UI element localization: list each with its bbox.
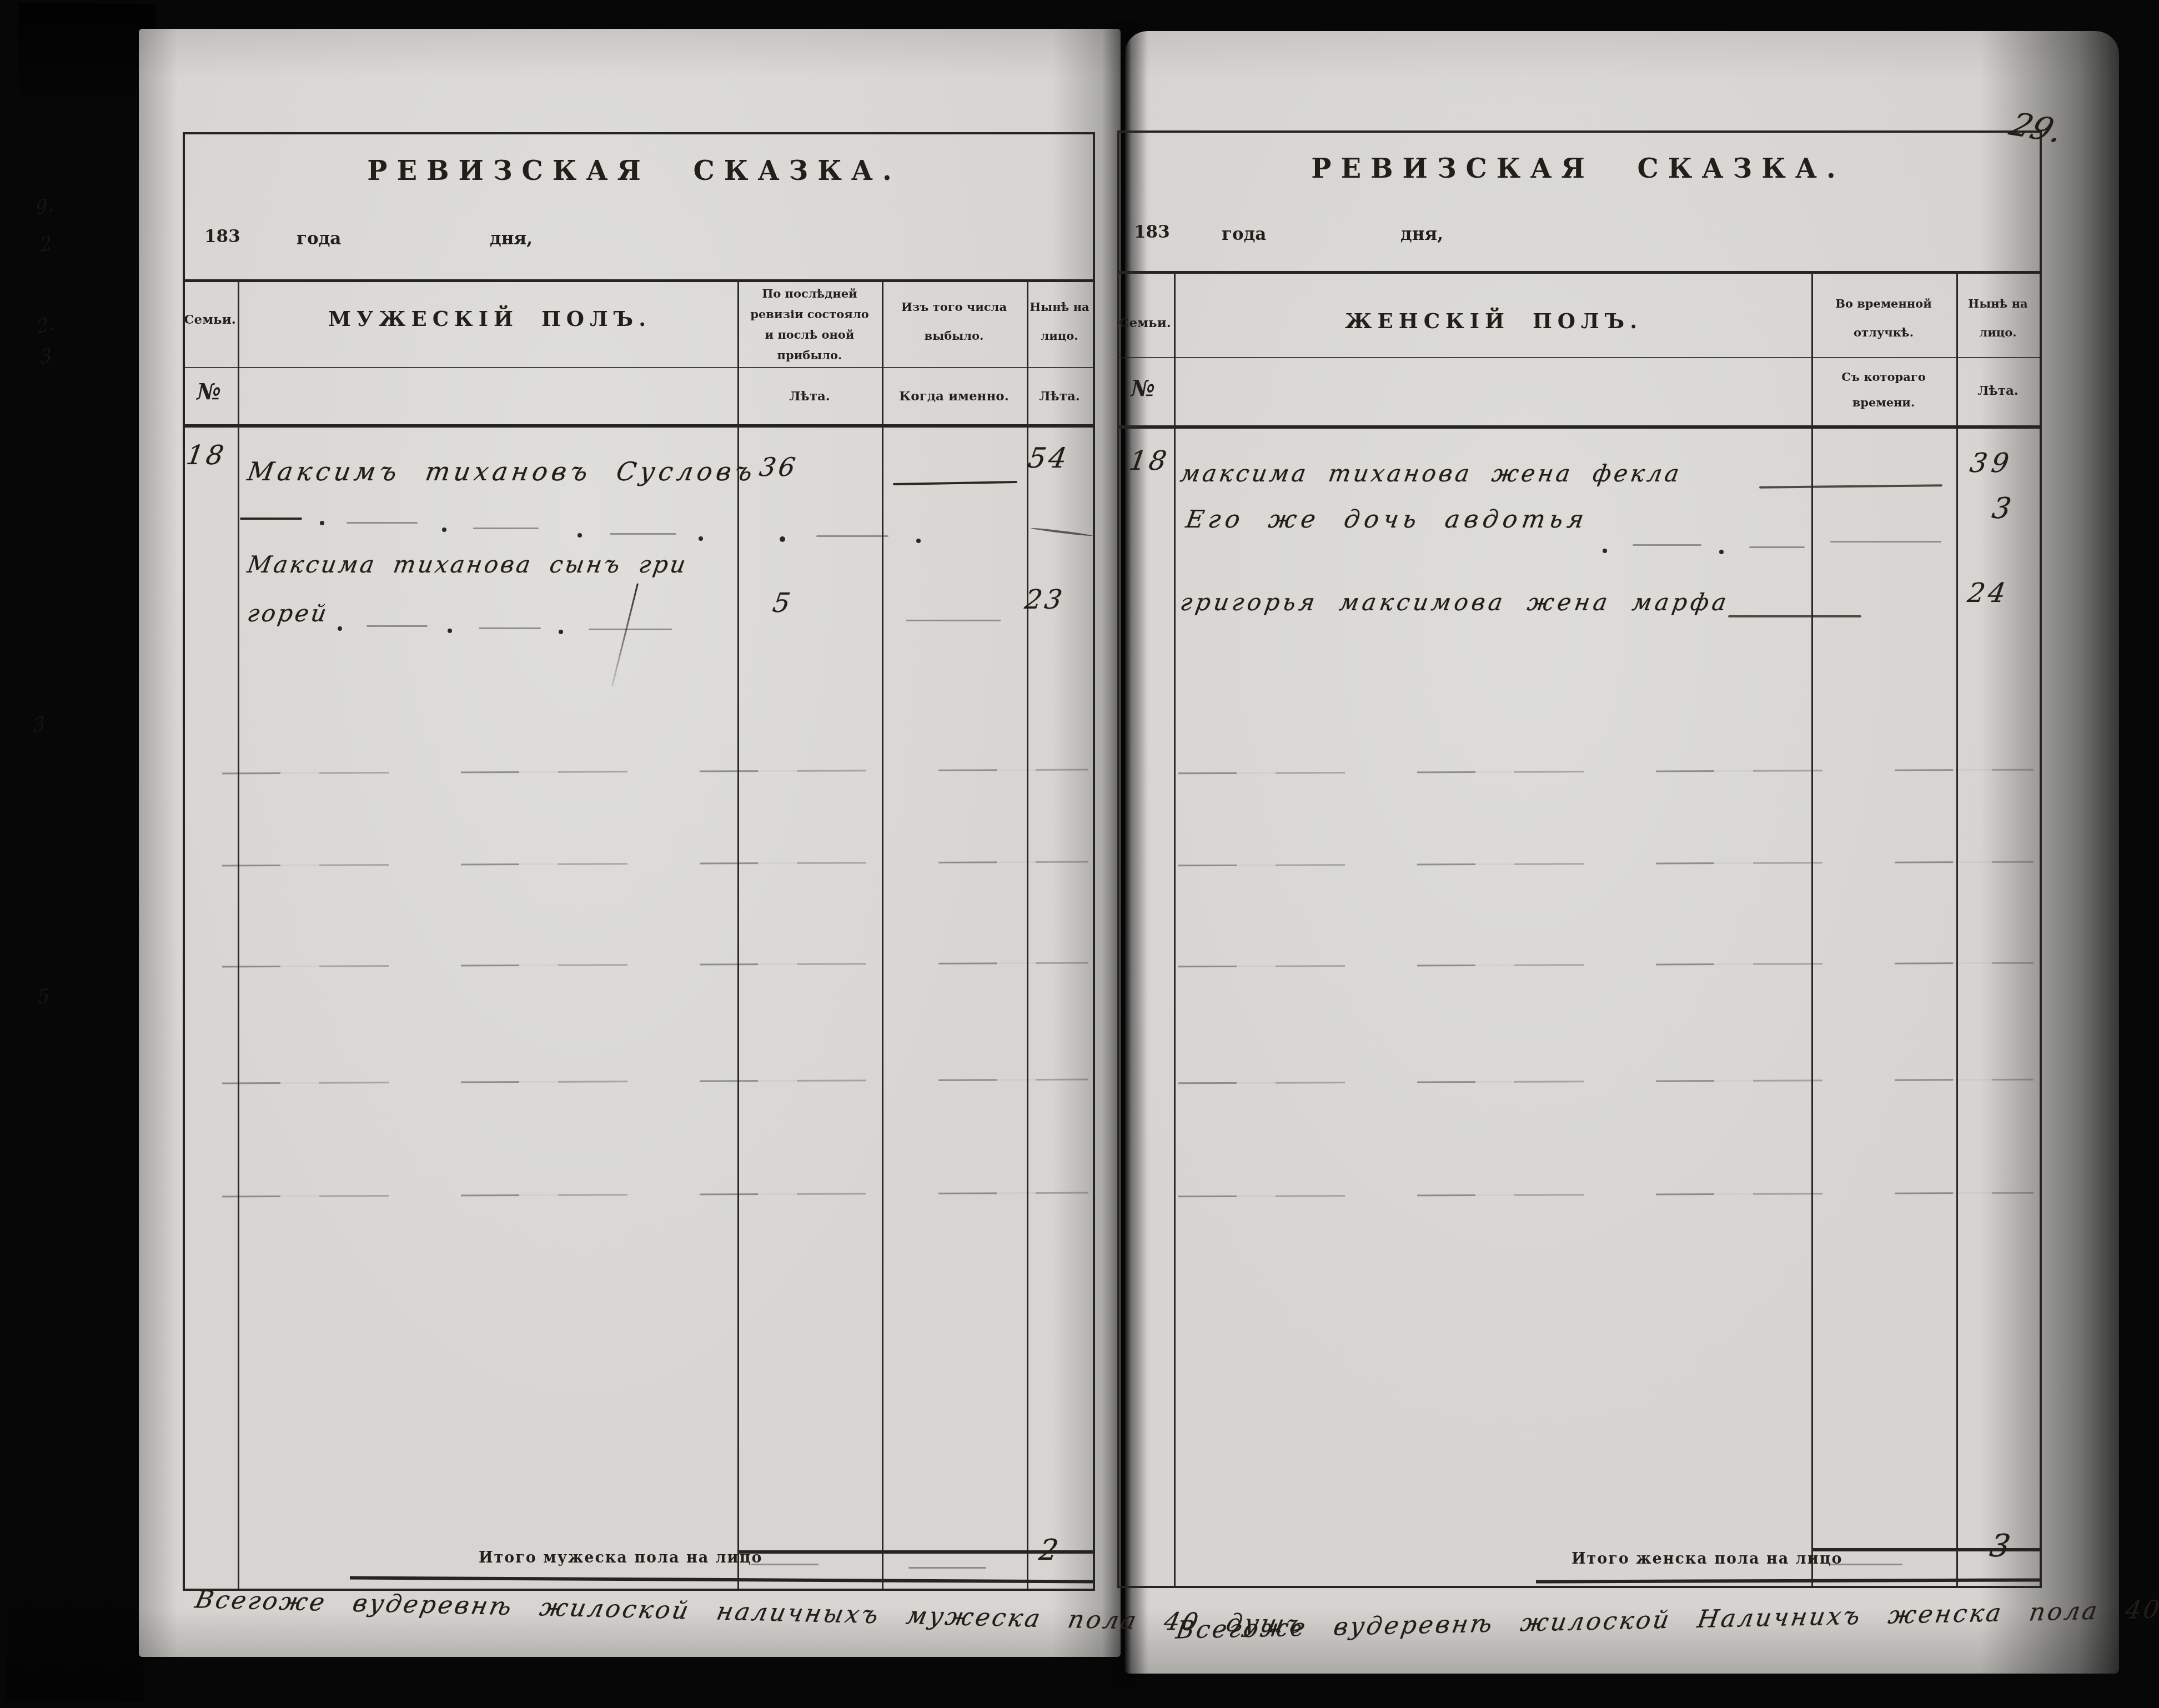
right-col-absence-l1: Во временной [1835,297,1932,310]
right-table-frame [1117,130,2042,1588]
right-day-word: дня, [1400,224,1443,244]
right-col-present-l2: лицо. [1979,325,2016,339]
book-scan: 9. 2 2. 3 3 5 29. РЕВИЗСКАЯ СКАЗКА. 183 … [0,0,2159,1708]
hand-dash [908,1567,986,1569]
ditto-dash [589,629,672,630]
right-row1-name: максима тиханова жена фекла [1178,460,1684,487]
ditto-dash [1749,546,1805,548]
left-col-revision-l1: По послѣдней [762,287,857,300]
ditto-dash [366,625,428,627]
left-subcol-when: Когда именно. [899,389,1008,404]
edge-mark: 2 [39,232,53,257]
left-subcol-years-b: Лѣта. [1039,389,1080,404]
ditto-dot [699,536,703,541]
right-col-divider-2 [1811,271,1813,1587]
left-col-departed-l2: выбыло. [925,329,984,343]
right-row3-name: григорья максимова жена марфа [1178,589,1731,616]
right-col-present-l1: Нынѣ на [1968,297,2027,310]
right-subcol-since-l2: времени. [1852,395,1915,409]
left-row2-name-line1: Максима тиханова сынъ гри [245,551,690,578]
right-col-female-sex: ЖЕНСКІЙ ПОЛЪ. [1345,309,1643,333]
left-family-number: 18 [184,440,229,471]
right-page-title: РЕВИЗСКАЯ СКАЗКА. [1311,153,1845,184]
edge-mark: 2. [36,312,55,339]
ditto-dot [338,626,342,631]
ditto-dash [610,533,676,535]
left-row1-name: Максимъ тихановъ Сусловъ [245,456,759,486]
left-col-divider-3 [882,279,883,1590]
left-day-word: дня, [490,229,533,249]
left-col-present-l2: лицо. [1041,329,1078,343]
left-row1-revision-age: 36 [757,452,800,482]
left-col-family: Семьи. [184,312,236,327]
right-col-family: Семьи. [1119,315,1171,330]
left-row2-name-line2: горей [245,600,330,627]
left-header-bottom-rule [183,424,1095,428]
left-col-revision-l3: и послѣ оной [765,328,855,341]
hand-dash [751,1564,819,1565]
left-col-divider-4 [1027,279,1028,1590]
left-year-word: года [297,229,341,249]
edge-mark: 5 [37,984,51,1009]
ditto-dot [1719,550,1724,554]
left-row1-present-age: 54 [1026,442,1072,474]
ditto-dot [320,521,324,525]
right-title-separator [1117,271,2040,274]
left-title-separator [183,279,1095,282]
edge-mark: 3 [39,344,53,369]
right-row1-age: 39 [1968,448,2016,479]
ditto-dash [1633,544,1701,546]
hand-dash [1728,615,1861,617]
ditto-dot [780,536,785,542]
right-subcol-number: № [1131,375,1154,401]
left-col-revision-l2: ревизіи состояло [750,307,868,321]
ditto-dash [473,528,539,529]
ditto-dot [578,533,582,537]
hand-dash [1830,541,1941,542]
right-subcol-since-l1: Съ котораго [1841,370,1926,384]
left-subcol-years-a: Лѣта. [789,389,830,404]
right-row2-name: Его же дочь авдотья [1184,505,1590,534]
edge-mark: 3 [33,712,46,737]
right-total-label: Итого женска пола на лицо [1571,1550,1843,1568]
right-col-divider-1 [1174,271,1176,1587]
left-header-separator [183,367,1095,368]
ditto-dash [479,627,541,629]
ditto-dash [347,522,418,524]
right-header-bottom-rule [1117,425,2040,429]
left-col-departed-l1: Изъ того числа [901,300,1007,314]
hand-dash [1829,1564,1902,1565]
left-col-revision-l4: прибыло. [777,348,842,362]
right-family-number: 18 [1127,445,1172,476]
left-col-present-l1: Нынѣ на [1030,300,1089,314]
book-fore-edge [6,3,155,1702]
right-year-word: года [1222,224,1266,244]
ditto-dot [559,630,563,634]
ditto-dot [916,539,921,543]
right-col-divider-3 [1956,271,1958,1587]
right-subcol-years: Лѣта. [1977,383,2019,398]
right-year-blank: 183 [1134,222,1170,242]
left-total-label: Итого мужеска пола на лицо [479,1549,763,1566]
hand-dash [906,620,1001,621]
right-col-absence-l2: отлучкѣ. [1854,325,1914,339]
left-year-blank: 183 [204,227,240,247]
edge-mark: 9. [35,193,54,220]
ditto-dash [816,535,888,537]
left-subcol-number: № [197,379,220,405]
ditto-dot [448,629,452,633]
left-row2-present-age: 23 [1023,584,1067,615]
ditto-dot [1603,549,1607,553]
left-col-divider-1 [238,279,239,1590]
right-header-separator [1117,357,2040,358]
right-row3-age: 24 [1966,577,2011,609]
ditto-dot [442,528,446,532]
left-col-male-sex: МУЖЕСКІЙ ПОЛЪ. [328,307,651,331]
ditto-dash [240,518,302,520]
left-page-title: РЕВИЗСКАЯ СКАЗКА. [367,155,901,187]
